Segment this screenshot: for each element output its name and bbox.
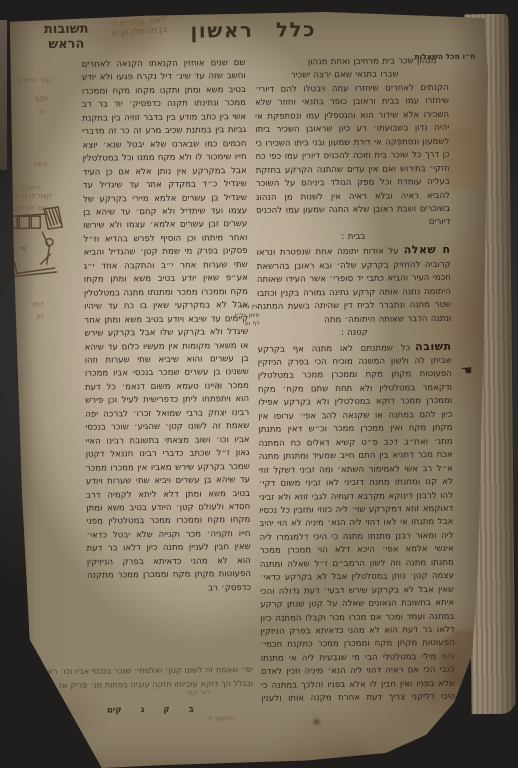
faded-closing-line: יפי׳ שאמת זה לשונו קטן׳ ואלמתי׳ שובר בנכ… — [67, 664, 253, 676]
diagram-label: מי — [20, 245, 25, 252]
question-paragraph: ח שאלהעל אודות יתומה אחת שנפטרת ונראו קר… — [256, 243, 451, 328]
answer-paragraph: תשובהכל שמתנתם לאו מתנה אף בקרקע שביתן ל… — [257, 339, 455, 705]
column-body: שם שנים אוחזין הקנאתו הקנאה לאחרים וחשב … — [82, 57, 252, 597]
handwritten-inscription: לאזר ענני יצ׳ו בן מהמלן יע׳א — [109, 15, 167, 40]
adjacent-page-edge — [0, 20, 7, 170]
faded-closing-line: ובגלל הך דוקא עוביותו חזקה עוביה בפחות מ… — [79, 678, 253, 690]
series-title: תשובות הראש — [30, 22, 102, 53]
margin-note: יוסף — [33, 94, 48, 104]
question-label: ח שאלה — [404, 243, 451, 256]
series-title-line: הראש — [30, 37, 102, 53]
running-head: כלל ראשון — [178, 17, 328, 43]
gutter-reference-line: סימן רל״ז — [233, 311, 259, 320]
quire-signatures: ב ק ג קים — [95, 704, 205, 715]
column-line: מנהון שכר בית מרחיבן ואחת מנהון — [255, 55, 449, 70]
photo-background: כלל ראשון לאזר ענני יצ׳ו בן מהמלן יע׳א ת… — [0, 0, 518, 768]
answer-text: כל שמתנתם לאו מתנה אף בקרקע שביתן לה ולש… — [258, 343, 456, 706]
left-column: שם שנים אוחזין הקנאתו הקנאה לאחרים וחשב … — [82, 57, 252, 665]
margin-note: בהמשך ת׳ — [205, 714, 235, 722]
gutter-reference-line: דף נט — [233, 320, 259, 329]
margin-note: ת׳ — [37, 108, 45, 116]
series-title-line: תשובות — [30, 22, 102, 38]
page-content: כלל ראשון לאזר ענני יצ׳ו בן מהמלן יע׳א ת… — [2, 9, 494, 768]
stain — [313, 719, 319, 724]
manuscript-page: כלל ראשון לאזר ענני יצ׳ו בן מהמלן יע׳א ת… — [6, 12, 490, 768]
stain — [443, 130, 484, 190]
diagram-caption: חן — [36, 312, 43, 320]
question-text: על אודות יתומה אחת שנפטרת ונראו קרוביה ל… — [257, 247, 452, 325]
manicule-icon: ☚ — [461, 364, 473, 379]
margin-note: רא׳ קמ׳ — [185, 688, 210, 696]
gutter-reference-note: עיין בזה סימן רל״ז דף נט — [233, 303, 259, 329]
stain — [216, 384, 220, 388]
diagram-caption: דפנ׳ — [29, 300, 43, 308]
margin-note: קצת לבנו׳ בז׳ — [8, 192, 51, 200]
right-column: מנהון שכר בית מרחיבן ואחת מנהון שברו בתנ… — [255, 55, 456, 706]
answer-label: תשובה — [415, 339, 452, 352]
responsum-paragraph: הקנתים לאחרים שיחזרו עתה ויבטלו להם דיור… — [255, 82, 451, 232]
margin-note: נראין — [34, 160, 48, 168]
margin-diagram: מי — [4, 206, 69, 293]
margin-note: כבג׳ חיים פ׳ — [15, 76, 53, 84]
gutter-reference-line: עיין בזה — [233, 303, 259, 312]
